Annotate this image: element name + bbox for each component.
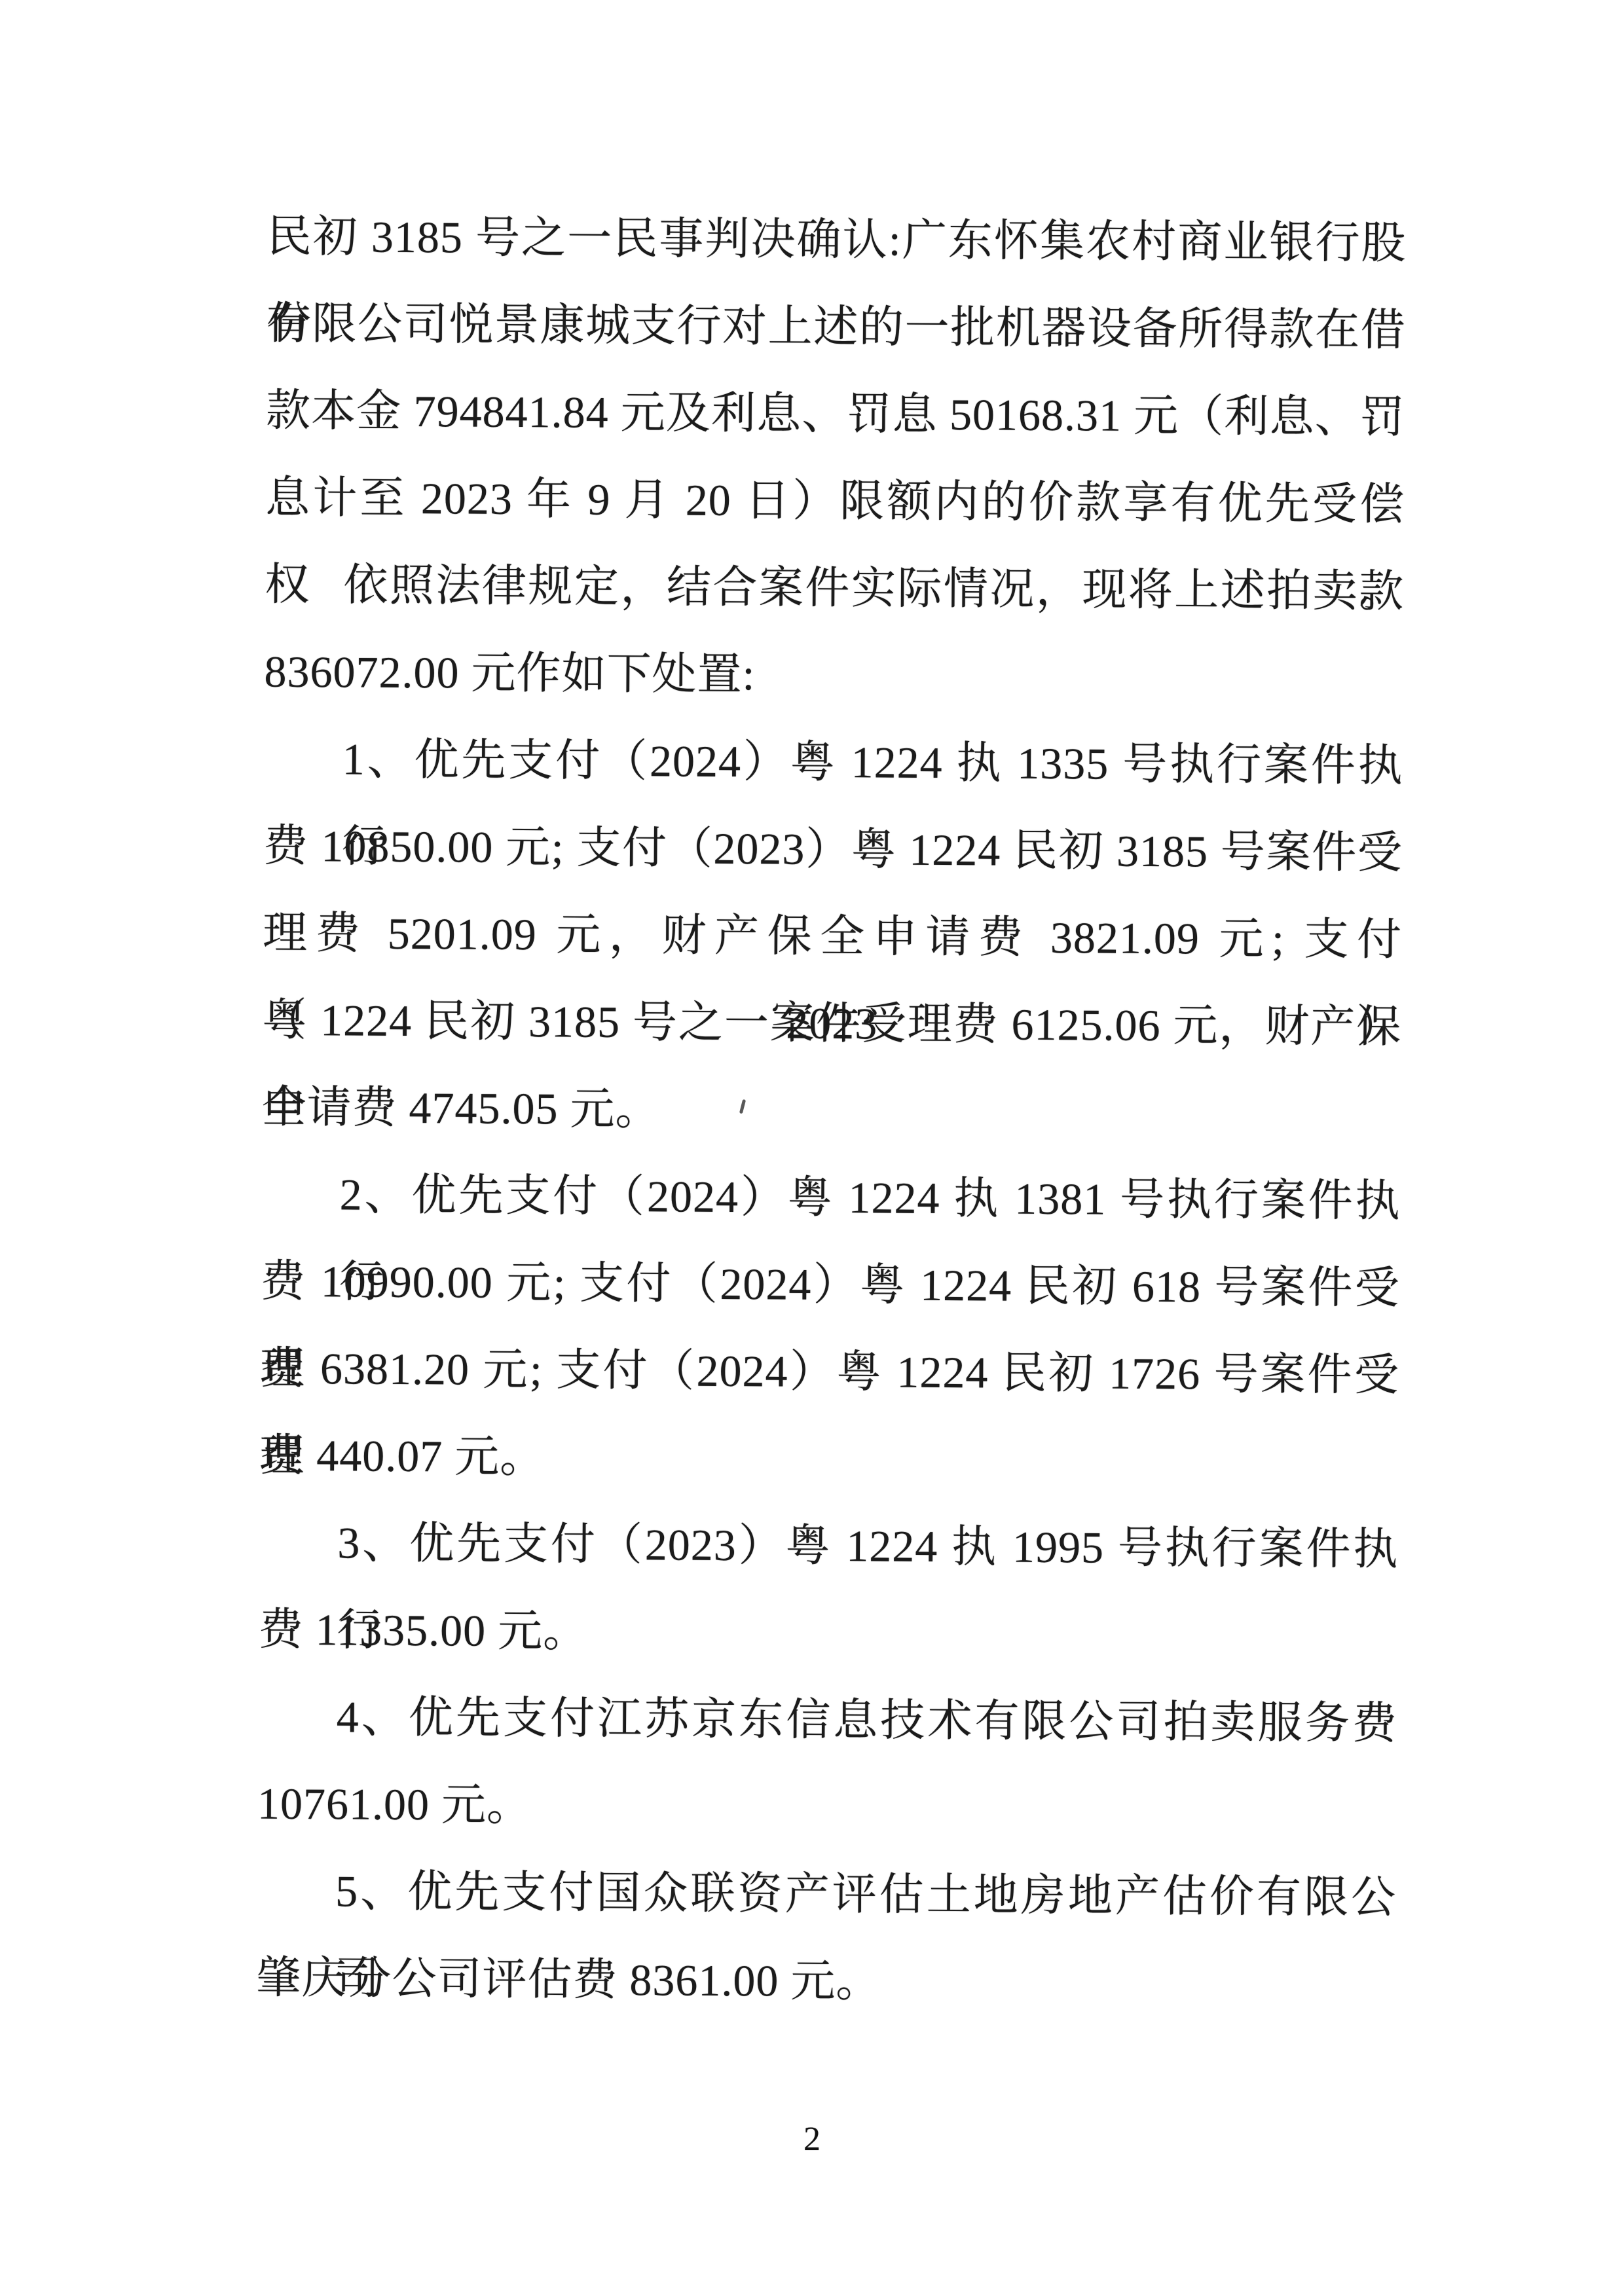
- text-line-21: 肇庆分公司评估费 8361.00 元。: [256, 1935, 1396, 2029]
- text-line-8: 费 10850.00 元; 支付（2023）粤 1224 民初 3185 号案件…: [263, 803, 1403, 897]
- text-line-9: 理费 5201.09 元，财产保全申请费 3821.09 元; 支付（2023）: [263, 890, 1403, 984]
- document-text-block: 民初 3185 号之一民事判决确认:广东怀集农村商业银行股份 有限公司悦景康城支…: [256, 193, 1407, 2029]
- text-line-6: 836072.00 元作如下处置:: [264, 629, 1404, 723]
- text-line-20: 5、优先支付国众联资产评估土地房地产估价有限公司: [257, 1848, 1397, 1942]
- text-line-5: 依照法律规定，结合案件实际情况，现将上述拍卖款: [265, 541, 1405, 636]
- text-line-18: 4、优先支付江苏京东信息技术有限公司拍卖服务费: [257, 1673, 1397, 1768]
- text-line-13: 费 10990.00 元; 支付（2024）粤 1224 民初 618 号案件受…: [260, 1238, 1400, 1332]
- text-line-3: 款本金 794841.84 元及利息、罚息 50168.31 元（利息、罚: [266, 367, 1406, 462]
- text-line-19: 10761.00 元。: [257, 1760, 1397, 1855]
- text-line-11: 申请费 4745.05 元。: [261, 1064, 1401, 1158]
- scanned-document-page: 民初 3185 号之一民事判决确认:广东怀集农村商业银行股份 有限公司悦景康城支…: [0, 0, 1624, 2296]
- text-line-1: 民初 3185 号之一民事判决确认:广东怀集农村商业银行股份: [267, 193, 1407, 287]
- page-number: 2: [0, 2120, 1624, 2159]
- text-line-14: 费 6381.20 元; 支付（2024）粤 1224 民初 1726 号案件受…: [260, 1325, 1400, 1419]
- text-line-12: 2、优先支付（2024）粤 1224 执 1381 号执行案件执行: [261, 1151, 1401, 1245]
- text-line-10: 粤 1224 民初 3185 号之一案件受理费 6125.06 元，财产保全: [262, 977, 1402, 1071]
- text-line-17: 费 11335.00 元。: [258, 1586, 1398, 1681]
- text-line-7: 1、优先支付（2024）粤 1224 执 1335 号执行案件执行: [263, 716, 1403, 810]
- text-line-2: 有限公司悦景康城支行对上述的一批机器设备所得款在借: [266, 280, 1406, 374]
- text-line-4: 息计至 2023 年 9 月 20 日）限额内的价款享有优先受偿权。: [265, 454, 1405, 549]
- text-line-15: 费 440.07 元。: [259, 1412, 1399, 1506]
- text-line-16: 3、优先支付（2023）粤 1224 执 1995 号执行案件执行: [259, 1499, 1399, 1594]
